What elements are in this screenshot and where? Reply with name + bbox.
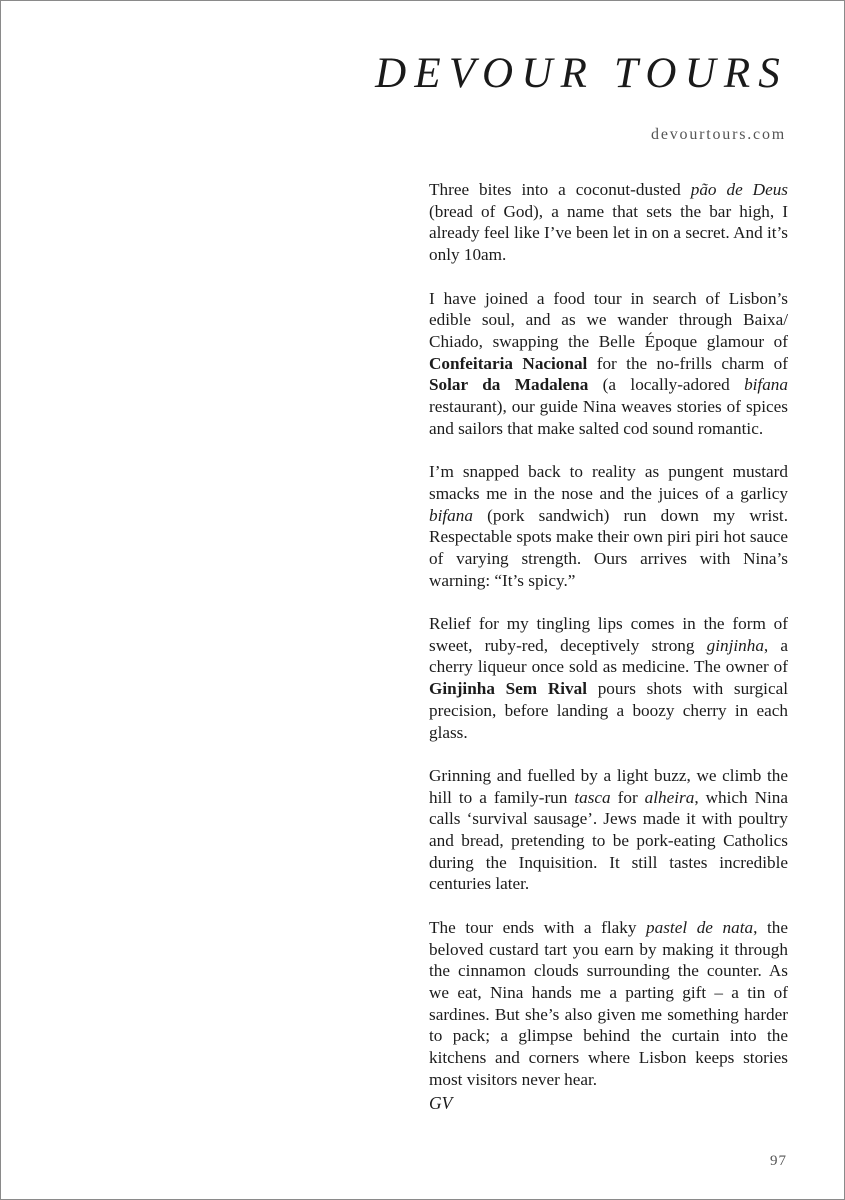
author-signature: GV (429, 1093, 452, 1114)
page-number: 97 (770, 1153, 787, 1170)
article-paragraph: The tour ends with a flaky pastel de nat… (429, 917, 788, 1091)
article-paragraph: I’m snapped back to reality as pungent m… (429, 461, 788, 591)
brand-title: DEVOUR TOURS (375, 48, 788, 100)
article-paragraph: Relief for my tingling lips comes in the… (429, 613, 788, 743)
italic-term: pastel de nata (646, 918, 753, 937)
magazine-page: DEVOUR TOURS devourtours.com Three bites… (0, 0, 845, 1200)
brand-url: devourtours.com (651, 126, 786, 144)
italic-term: alheira (645, 788, 695, 807)
text-segment: The tour ends with a flaky (429, 918, 646, 937)
text-segment: I have joined a food tour in search of L… (429, 289, 788, 351)
venue-name: Solar da Madalena (429, 375, 588, 394)
text-segment: for the no-frills charm of (587, 354, 788, 373)
venue-name: Ginjinha Sem Rival (429, 679, 587, 698)
article-body: Three bites into a coconut-dusted pão de… (429, 179, 788, 1112)
text-segment: for (611, 788, 645, 807)
text-segment: restaurant), our guide Nina weaves stori… (429, 397, 788, 438)
italic-term: tasca (574, 788, 610, 807)
venue-name: Confeitaria Nacional (429, 354, 587, 373)
text-segment: I’m snapped back to reality as pungent m… (429, 462, 788, 503)
text-segment: (pork sandwich) run down my wrist. Respe… (429, 506, 788, 590)
text-segment: Three bites into a coconut-dusted (429, 180, 691, 199)
italic-term: ginjinha (707, 636, 764, 655)
text-segment: , the beloved custard tart you earn by m… (429, 918, 788, 1089)
italic-term: pão de Deus (691, 180, 788, 199)
article-paragraph: Grinning and fuelled by a light buzz, we… (429, 765, 788, 895)
italic-term: bifana (429, 506, 473, 525)
text-segment: (a locally-adored (588, 375, 744, 394)
text-segment: (bread of God), a name that sets the bar… (429, 202, 788, 264)
article-paragraph: I have joined a food tour in search of L… (429, 288, 788, 440)
article-paragraph: Three bites into a coconut-dusted pão de… (429, 179, 788, 266)
italic-term: bifana (744, 375, 788, 394)
